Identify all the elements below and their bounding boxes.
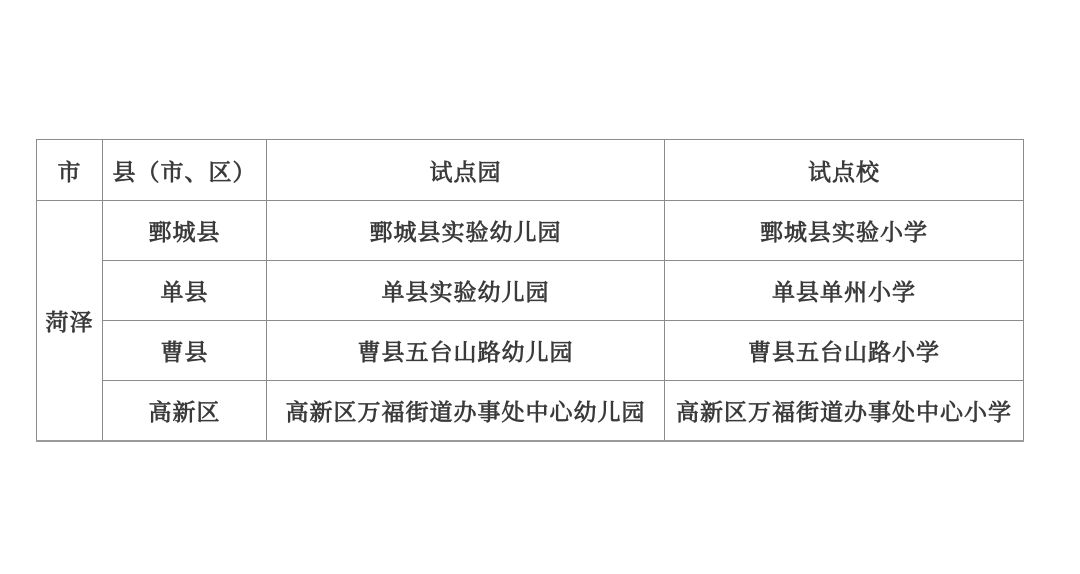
pilot-school-cell: 曹县五台山路小学: [665, 321, 1024, 381]
pilot-table-container: 市 县（市、区） 试点园 试点校 菏泽 鄄城县 鄄城县实验幼儿园 鄄城县实验小学…: [36, 139, 1024, 442]
pilot-kindergarten-cell: 曹县五台山路幼儿园: [267, 321, 665, 381]
table-row: 曹县 曹县五台山路幼儿园 曹县五台山路小学: [37, 321, 1024, 381]
header-county: 县（市、区）: [103, 140, 267, 201]
county-cell: 曹县: [103, 321, 267, 381]
header-pilot-school: 试点校: [665, 140, 1024, 201]
county-cell: 高新区: [103, 381, 267, 441]
pilot-schools-table: 市 县（市、区） 试点园 试点校 菏泽 鄄城县 鄄城县实验幼儿园 鄄城县实验小学…: [36, 139, 1024, 442]
pilot-school-cell: 高新区万福街道办事处中心小学: [665, 381, 1024, 441]
header-pilot-kindergarten: 试点园: [267, 140, 665, 201]
pilot-school-cell: 单县单州小学: [665, 261, 1024, 321]
pilot-kindergarten-cell: 单县实验幼儿园: [267, 261, 665, 321]
pilot-kindergarten-cell: 鄄城县实验幼儿园: [267, 201, 665, 261]
county-cell: 单县: [103, 261, 267, 321]
pilot-school-cell: 鄄城县实验小学: [665, 201, 1024, 261]
header-row: 市 县（市、区） 试点园 试点校: [37, 140, 1024, 201]
county-cell: 鄄城县: [103, 201, 267, 261]
table-row: 高新区 高新区万福街道办事处中心幼儿园 高新区万福街道办事处中心小学: [37, 381, 1024, 441]
pilot-kindergarten-cell: 高新区万福街道办事处中心幼儿园: [267, 381, 665, 441]
table-row: 单县 单县实验幼儿园 单县单州小学: [37, 261, 1024, 321]
city-cell: 菏泽: [37, 201, 103, 441]
header-city: 市: [37, 140, 103, 201]
table-row: 菏泽 鄄城县 鄄城县实验幼儿园 鄄城县实验小学: [37, 201, 1024, 261]
